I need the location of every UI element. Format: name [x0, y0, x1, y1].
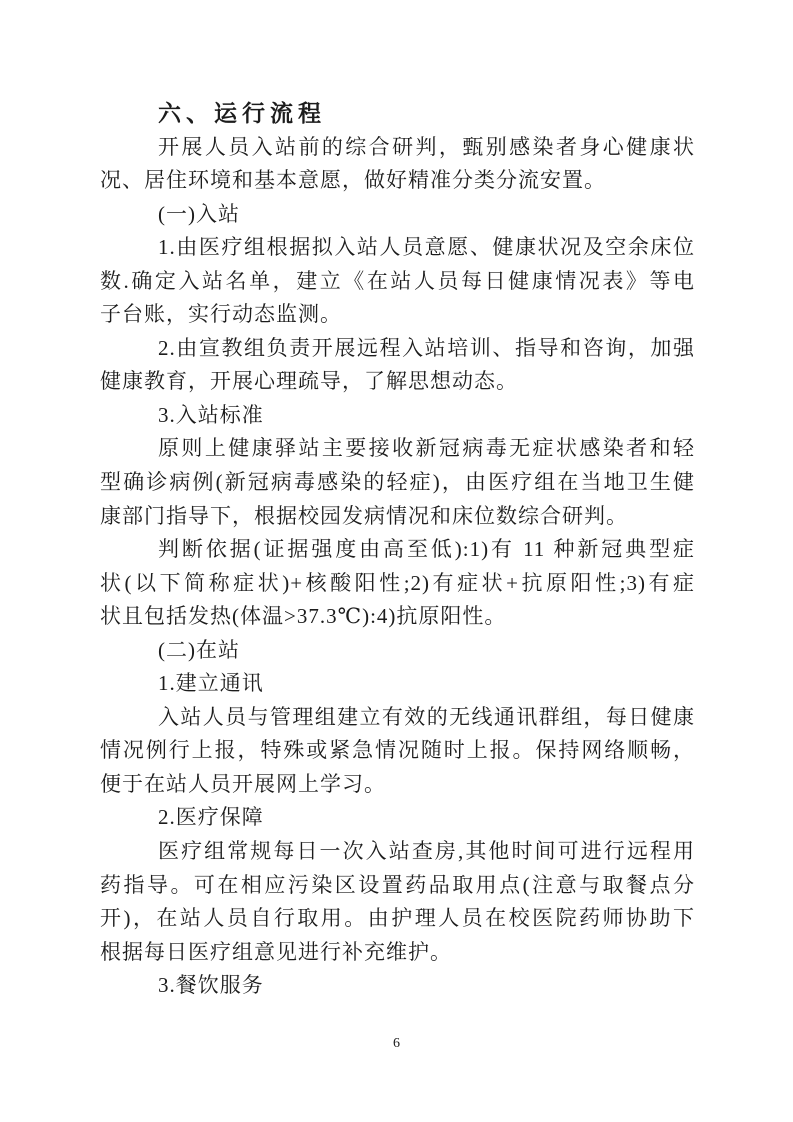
text-line: 况、居住环境和基本意愿，做好精准分类分流安置。: [100, 164, 695, 198]
text-line: 原则上健康驿站主要接收新冠病毒无症状感染者和轻: [100, 432, 695, 466]
document-page: 六、运行流程 开展人员入站前的综合研判，甄别感染者身心健康状 况、居住环境和基本…: [0, 0, 793, 1122]
text-line: 型确诊病例(新冠病毒感染的轻症)，由医疗组在当地卫生健: [100, 466, 695, 500]
text-line: 开展人员入站前的综合研判，甄别感染者身心健康状: [100, 131, 695, 165]
text-line: 情况例行上报，特殊或紧急情况随时上报。保持网络顺畅，: [100, 734, 695, 768]
text-line: 开)，在站人员自行取用。由护理人员在校医院药师协助下: [100, 902, 695, 936]
item-heading: 2.医疗保障: [100, 801, 695, 835]
item-heading: 3.入站标准: [100, 399, 695, 433]
text-line: 判断依据(证据强度由高至低):1)有 11 种新冠典型症: [100, 533, 695, 567]
document-body: 六、运行流程 开展人员入站前的综合研判，甄别感染者身心健康状 况、居住环境和基本…: [100, 97, 695, 1003]
page-number: 6: [0, 1036, 793, 1052]
item-heading: 3.餐饮服务: [100, 969, 695, 1003]
text-line: 2.由宣教组负责开展远程入站培训、指导和咨询，加强: [100, 332, 695, 366]
text-line: 药指导。可在相应污染区设置药品取用点(注意与取餐点分: [100, 869, 695, 903]
text-line: 医疗组常规每日一次入站查房,其他时间可进行远程用: [100, 835, 695, 869]
text-line: 数.确定入站名单，建立《在站人员每日健康情况表》等电: [100, 265, 695, 299]
text-line: 1.由医疗组根据拟入站人员意愿、健康状况及空余床位: [100, 231, 695, 265]
text-line: 便于在站人员开展网上学习。: [100, 768, 695, 802]
text-line: 状(以下简称症状)+核酸阳性;2)有症状+抗原阳性;3)有症: [100, 567, 695, 601]
subsection-heading: (二)在站: [100, 634, 695, 668]
text-line: 根据每日医疗组意见进行补充维护。: [100, 936, 695, 970]
text-line: 状且包括发热(体温>37.3℃):4)抗原阳性。: [100, 600, 695, 634]
text-line: 健康教育，开展心理疏导，了解思想动态。: [100, 365, 695, 399]
text-line: 康部门指导下，根据校园发病情况和床位数综合研判。: [100, 500, 695, 534]
text-line: 入站人员与管理组建立有效的无线通讯群组，每日健康: [100, 701, 695, 735]
item-heading: 1.建立通讯: [100, 667, 695, 701]
text-line: 子台账，实行动态监测。: [100, 298, 695, 332]
section-heading: 六、运行流程: [100, 97, 695, 131]
subsection-heading: (一)入站: [100, 198, 695, 232]
